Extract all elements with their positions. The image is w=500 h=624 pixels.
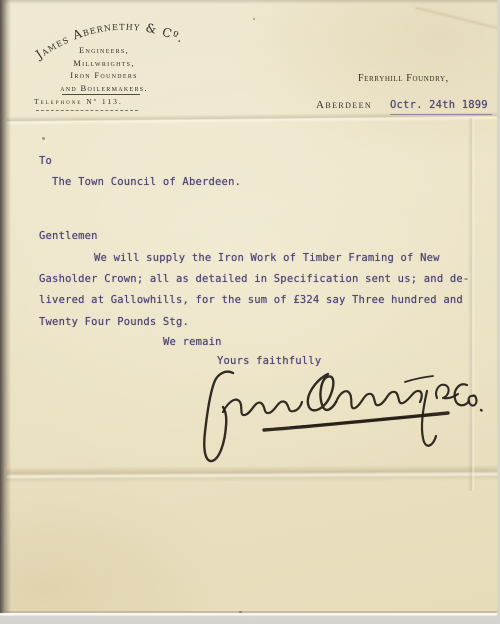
date-underline bbox=[390, 114, 492, 115]
scan-background-bottom bbox=[0, 613, 500, 624]
letter-date: Octr. 24th 1899 bbox=[390, 99, 488, 111]
recipient-line: The Town Council of Aberdeen. bbox=[52, 176, 241, 188]
fold-crease-vertical bbox=[468, 118, 475, 491]
salutation: Gentlemen bbox=[39, 230, 98, 242]
body-line: We will supply the Iron Work of Timber F… bbox=[94, 252, 440, 264]
letter-scan-photo: James Abernethy & Cº. Engineers, Millwri… bbox=[0, 0, 500, 624]
city-name: Aberdeen bbox=[316, 99, 372, 111]
letter-paper: James Abernethy & Cº. Engineers, Millwri… bbox=[6, 0, 497, 613]
letterhead-dashed-rule bbox=[36, 110, 138, 111]
to-label: To bbox=[39, 155, 52, 167]
letterhead-rule bbox=[62, 94, 140, 95]
telephone-number: Telephone Nº 113. bbox=[34, 97, 123, 106]
body-line: livered at Gallowhills, for the sum of £… bbox=[39, 294, 463, 306]
descriptor-line: Iron Founders bbox=[24, 69, 184, 82]
paper-speck bbox=[253, 18, 255, 20]
paper-speck bbox=[42, 137, 45, 140]
descriptor-line: Engineers, bbox=[24, 44, 184, 57]
paper-wrinkle bbox=[415, 5, 500, 32]
closing-line: We remain bbox=[163, 336, 222, 348]
company-descriptors: Engineers, Millwrights, Iron Founders an… bbox=[24, 44, 184, 94]
body-line: Gasholder Crown; all as detailed in Spec… bbox=[39, 273, 469, 285]
descriptor-line: Millwrights, bbox=[24, 57, 184, 70]
body-line: Twenty Four Pounds Stg. bbox=[39, 316, 189, 328]
descriptor-line: and Boilermakers. bbox=[24, 82, 184, 95]
closing-line: Yours faithfully bbox=[217, 355, 321, 367]
fold-crease-bottom bbox=[6, 465, 497, 484]
foundry-name: Ferryhill Foundry, bbox=[358, 73, 449, 84]
